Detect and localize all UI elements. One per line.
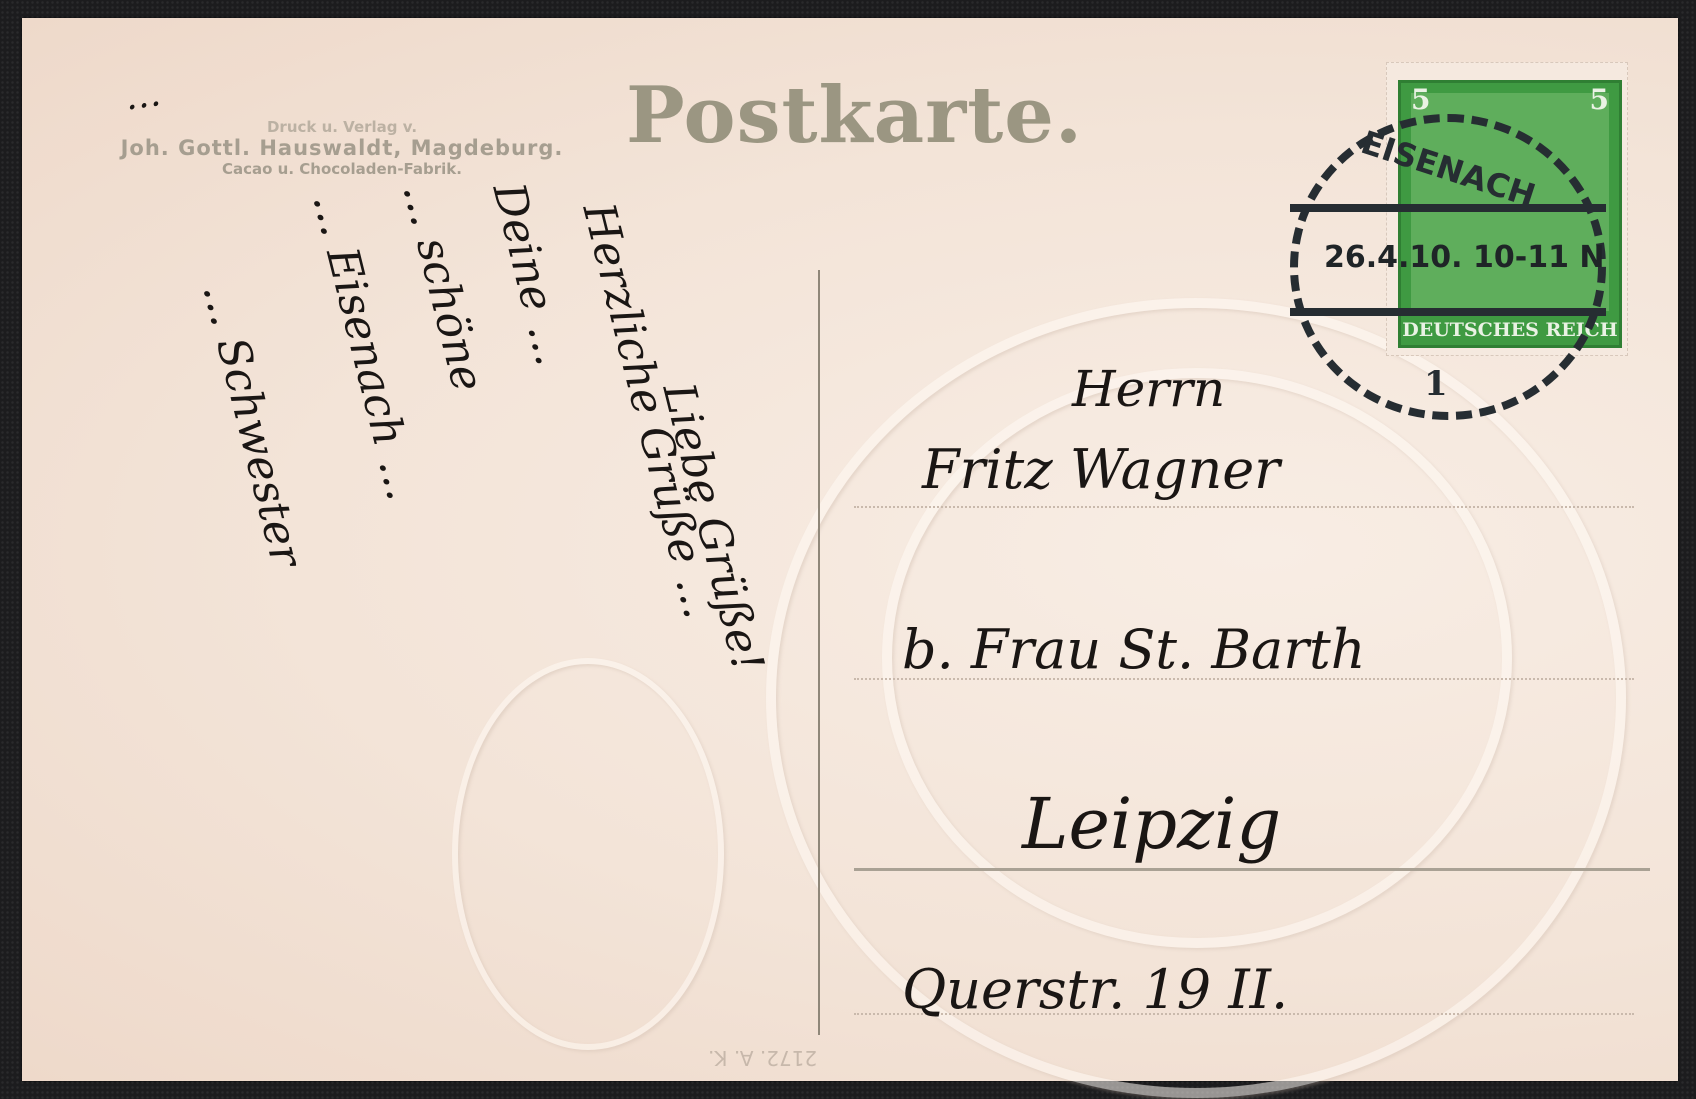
- address-care-of: b. Frau St. Barth: [902, 618, 1366, 681]
- address-street: Querstr. 19 II.: [902, 958, 1288, 1021]
- stamp-value: 5: [1411, 83, 1430, 116]
- message-line: ... schöne: [393, 178, 494, 396]
- postmark-date: 26.4.10. 10-11 N: [1324, 240, 1605, 275]
- message-line: Deine ...: [483, 178, 577, 371]
- postmark-city: EISENACH: [1357, 123, 1540, 215]
- postmark-office: 1: [1424, 364, 1448, 404]
- archive-pencil-note: 2172. A. K.: [708, 1046, 817, 1070]
- postmark-bar: [1290, 308, 1606, 316]
- postmark: EISENACH 26.4.10. 10-11 N 1: [1290, 114, 1606, 420]
- address-city: Leipzig: [1022, 783, 1281, 865]
- address-salutation: Herrn: [1072, 360, 1225, 418]
- postmark-bar: [1290, 204, 1606, 212]
- handwritten-message: Liebe Grüße! Herzliche Grüße ... Deine .…: [62, 78, 802, 1078]
- message-line: ... Schwester: [193, 278, 313, 572]
- address-line: [854, 506, 1634, 508]
- stamp-value: 5: [1590, 83, 1609, 116]
- address-line-city: [854, 868, 1650, 871]
- message-address-divider: [818, 270, 820, 1035]
- postcard: Druck u. Verlag v. Joh. Gottl. Hauswaldt…: [22, 18, 1678, 1081]
- message-line-margin: …: [122, 73, 163, 119]
- address-name: Fritz Wagner: [922, 438, 1280, 501]
